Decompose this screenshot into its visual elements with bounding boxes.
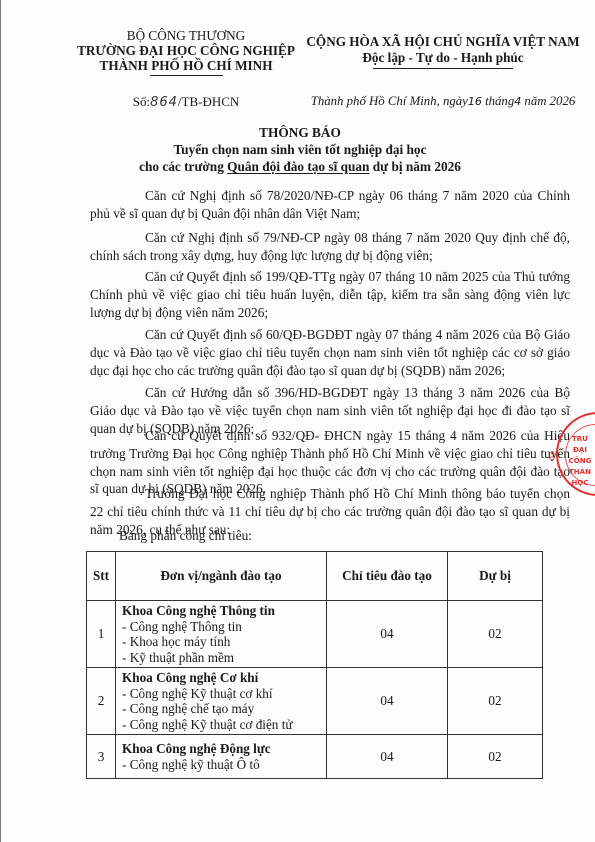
header-unit: Đơn vị/ngành đào tạo (116, 552, 327, 601)
issue-date: Thành phố Hồ Chí Minh, ngày16 tháng4 năm… (298, 94, 588, 109)
university-name-line2: THÀNH PHỐ HỒ CHÍ MINH (62, 58, 310, 73)
cell-reserve: 02 (448, 668, 543, 735)
date-prefix: Thành phố Hồ Chí Minh, ngày (311, 94, 468, 108)
date-month-label: tháng (485, 94, 514, 108)
subtitle-post: dự bị năm 2026 (369, 159, 460, 174)
doc-number-prefix: Số: (133, 94, 150, 109)
cell-quota: 04 (327, 668, 448, 735)
cell-quota: 04 (327, 601, 448, 668)
major-item: - Công nghệ chế tạo máy (122, 701, 320, 717)
paragraph-legal-basis-4: Căn cứ Quyết định số 60/QĐ-BGDĐT ngày 07… (90, 326, 570, 379)
major-item: - Công nghệ Kỹ thuật cơ khí (122, 686, 320, 702)
document-number: Số:864/TB-ĐHCN (62, 94, 310, 110)
major-item: - Kỹ thuật phần mềm (122, 650, 320, 666)
cell-unit: Khoa Công nghệ Động lực- Công nghệ kỹ th… (116, 735, 327, 779)
table-caption: Bảng phân công chỉ tiêu: (119, 528, 252, 544)
notice-heading: THÔNG BÁO (90, 124, 510, 141)
notice-title: THÔNG BÁO Tuyển chọn nam sinh viên tốt n… (90, 124, 510, 175)
major-item: - Công nghệ Kỹ thuật cơ điện tử (122, 717, 320, 733)
date-day: 16 (468, 95, 482, 108)
faculty-name: Khoa Công nghệ Thông tin (122, 603, 320, 619)
stamp-text: TRƯĐẠICÔNGTHÀNHỌC (566, 434, 594, 489)
major-item: - Công nghệ kỹ thuật Ô tô (122, 757, 320, 773)
cell-reserve: 02 (448, 735, 543, 779)
header-quota: Chỉ tiêu đào tạo (327, 552, 448, 601)
issuer-header: BỘ CÔNG THƯƠNG TRƯỜNG ĐẠI HỌC CÔNG NGHIỆ… (62, 28, 310, 76)
cell-reserve: 02 (448, 601, 543, 668)
page-edge (0, 0, 1, 842)
header-underline (150, 75, 223, 76)
header-reserve: Dự bị (448, 552, 543, 601)
table-row: 3Khoa Công nghệ Động lực- Công nghệ kỹ t… (87, 735, 543, 779)
university-name-line1: TRƯỜNG ĐẠI HỌC CÔNG NGHIỆP (62, 43, 310, 58)
national-motto: Độc lập - Tự do - Hạnh phúc (298, 50, 588, 66)
quota-table: Stt Đơn vị/ngành đào tạo Chỉ tiêu đào tạ… (86, 551, 543, 779)
cell-stt: 3 (87, 735, 116, 779)
date-month: 4 (514, 95, 521, 108)
nation-name: CỘNG HÒA XÃ HỘI CHỦ NGHĨA VIỆT NAM (298, 34, 588, 50)
paragraph-legal-basis-2: Căn cứ Nghị định số 79/NĐ-CP ngày 08 thá… (90, 229, 570, 265)
major-item: - Công nghệ Thông tin (122, 619, 320, 635)
doc-number-handwritten: 864 (150, 95, 178, 110)
stamp-side-text: 03 (548, 452, 556, 461)
date-suffix: năm 2026 (524, 94, 575, 108)
notice-subtitle-line2: cho các trường Quân đội đào tạo sĩ quan … (90, 158, 510, 175)
doc-number-suffix: /TB-ĐHCN (178, 94, 239, 109)
cell-stt: 1 (87, 601, 116, 668)
major-item: - Khoa học máy tính (122, 634, 320, 650)
motto-underline (373, 68, 513, 69)
header-stt: Stt (87, 552, 116, 601)
cell-unit: Khoa Công nghệ Thông tin- Công nghệ Thôn… (116, 601, 327, 668)
notice-subtitle-line1: Tuyển chọn nam sinh viên tốt nghiệp đại … (90, 141, 510, 158)
paragraph-legal-basis-1: Căn cứ Nghị định số 78/2020/NĐ-CP ngày 0… (90, 187, 570, 223)
table-row: 2Khoa Công nghệ Cơ khí- Công nghệ Kỹ thu… (87, 668, 543, 735)
faculty-name: Khoa Công nghệ Động lực (122, 741, 320, 757)
cell-quota: 04 (327, 735, 448, 779)
subtitle-pre: cho các trường (139, 159, 227, 174)
faculty-name: Khoa Công nghệ Cơ khí (122, 670, 320, 686)
national-header: CỘNG HÒA XÃ HỘI CHỦ NGHĨA VIỆT NAM Độc l… (298, 34, 588, 69)
cell-stt: 2 (87, 668, 116, 735)
subtitle-underlined: Quân đội đào tạo sĩ quan (227, 159, 369, 174)
table-header-row: Stt Đơn vị/ngành đào tạo Chỉ tiêu đào tạ… (87, 552, 543, 601)
ministry-name: BỘ CÔNG THƯƠNG (62, 28, 310, 43)
cell-unit: Khoa Công nghệ Cơ khí- Công nghệ Kỹ thuậ… (116, 668, 327, 735)
table-row: 1Khoa Công nghệ Thông tin- Công nghệ Thô… (87, 601, 543, 668)
paragraph-legal-basis-3: Căn cứ Quyết định số 199/QĐ-TTg ngày 07 … (90, 268, 570, 321)
